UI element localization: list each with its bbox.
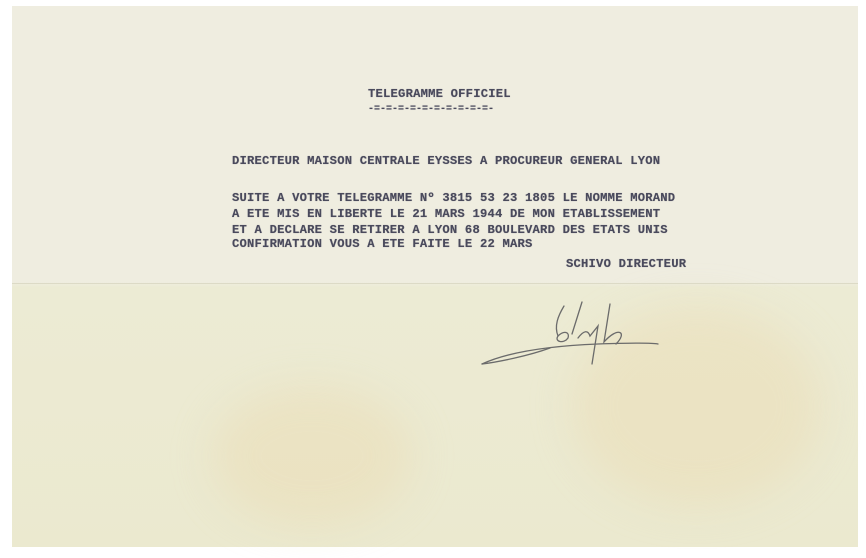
- fold-line: [12, 283, 858, 284]
- title-decoration: -=-=-=-=-=-=-=-=-=-=-: [368, 104, 494, 115]
- document-title: TELEGRAMME OFFICIEL: [368, 87, 511, 101]
- body-line: ET A DECLARE SE RETIRER A LYON 68 BOULEV…: [232, 223, 668, 237]
- telegram-header: DIRECTEUR MAISON CENTRALE EYSSES A PROCU…: [232, 154, 660, 168]
- body-line: SUITE A VOTRE TELEGRAMME Nº 3815 53 23 1…: [232, 191, 675, 205]
- paper-stain: [212, 386, 412, 526]
- body-line: A ETE MIS EN LIBERTE LE 21 MARS 1944 DE …: [232, 207, 660, 221]
- handwritten-signature-icon: [478, 286, 678, 381]
- body-line: CONFIRMATION VOUS A ETE FAITE LE 22 MARS: [232, 237, 533, 251]
- signatory-name: SCHIVO DIRECTEUR: [566, 257, 686, 271]
